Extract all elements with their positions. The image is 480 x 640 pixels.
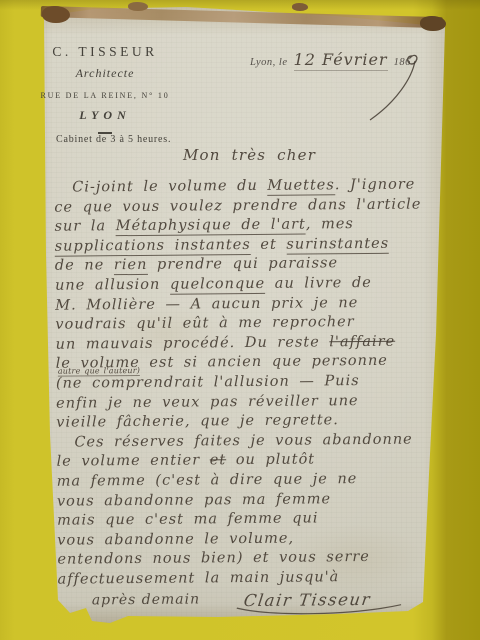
text-segment: enfin je ne veux pas réveiller une bbox=[56, 393, 359, 412]
tape-remnant bbox=[420, 16, 446, 31]
text-segment: mais que c'est ma femme qui bbox=[57, 511, 318, 529]
text-segment: ma femme (c'est à dire que je ne bbox=[57, 471, 358, 490]
text-segment: Muettes bbox=[267, 177, 335, 196]
text-segment: , mes bbox=[306, 216, 354, 232]
signature-closing: après demain bbox=[92, 592, 200, 609]
letterhead-hours: Cabinet de 3 à 5 heures. bbox=[56, 134, 171, 145]
text-segment: sur la bbox=[54, 218, 115, 235]
letter-lines: Ci-joint le volume du Muettes. J'ignorec… bbox=[54, 175, 446, 590]
letter-line: affectueusement la main jusqu'à bbox=[58, 567, 446, 590]
handwritten-year-digit-stroke bbox=[366, 50, 420, 124]
text-segment: ou plutôt bbox=[226, 452, 315, 469]
text-segment: surinstantes bbox=[286, 236, 389, 255]
text-segment: et bbox=[210, 453, 227, 469]
letterhead: C. TISSEUR Architecte RUE DE LA REINE, N… bbox=[30, 44, 180, 134]
text-segment: Ces réserves faites je vous abandonne bbox=[74, 431, 412, 450]
letterhead-city: LYON bbox=[30, 108, 180, 123]
text-segment: une allusion bbox=[55, 277, 170, 294]
text-segment: Métaphysique de l'art bbox=[116, 217, 306, 237]
text-segment: de ne bbox=[55, 258, 114, 275]
dateline-printed-place: Lyon, le bbox=[250, 57, 288, 68]
text-segment: ce que vous voulez prendre dans l'articl… bbox=[54, 196, 421, 215]
text-segment: Ci-joint le volume du bbox=[72, 178, 267, 196]
text-segment: supplications instantes bbox=[55, 237, 251, 257]
letterhead-name: C. TISSEUR bbox=[30, 44, 180, 60]
salutation: Mon très cher bbox=[183, 146, 316, 164]
signature-name: Clair Tisseur bbox=[243, 590, 373, 610]
text-segment: entendons nous bien) et vous serre bbox=[57, 549, 370, 568]
tape-remnant bbox=[292, 3, 308, 11]
text-segment: prendre qui paraisse bbox=[147, 256, 338, 274]
text-segment: M. Mollière — A aucun prix je ne bbox=[55, 295, 358, 314]
text-segment: affectueusement la main jusqu'à bbox=[58, 569, 340, 587]
text-segment: quelconque bbox=[170, 276, 265, 295]
tape-remnant bbox=[128, 2, 148, 11]
text-segment: un mauvais procédé. Du reste bbox=[55, 334, 329, 352]
letterhead-profession: Architecte bbox=[30, 66, 180, 81]
text-segment: . J'ignore bbox=[335, 177, 416, 194]
text-segment: rien bbox=[114, 257, 148, 275]
text-segment: vieille fâcherie, que je regrette. bbox=[56, 412, 339, 430]
text-segment: et bbox=[251, 236, 287, 252]
interline-insertion: autre que l'auteur) bbox=[58, 367, 140, 377]
letterhead-address: RUE DE LA REINE, N° 10 bbox=[30, 91, 180, 100]
text-segment: au livre de bbox=[265, 275, 372, 292]
text-segment: voudrais qu'il eût à me reprocher bbox=[55, 314, 354, 333]
photo-stage: C. TISSEUR Architecte RUE DE LA REINE, N… bbox=[0, 0, 480, 640]
signature-row: après demain Clair Tisseur bbox=[58, 590, 446, 612]
text-segment: le volume entier bbox=[57, 453, 210, 470]
tape-remnant bbox=[42, 6, 70, 23]
signature-flourish bbox=[234, 602, 406, 618]
text-segment: l'affaire bbox=[329, 333, 395, 350]
letter-body: Ci-joint le volume du Muettes. J'ignorec… bbox=[54, 175, 446, 612]
text-segment: vous abandonne pas ma femme bbox=[57, 491, 331, 509]
text-segment: vous abandonne le volume, bbox=[57, 530, 294, 548]
